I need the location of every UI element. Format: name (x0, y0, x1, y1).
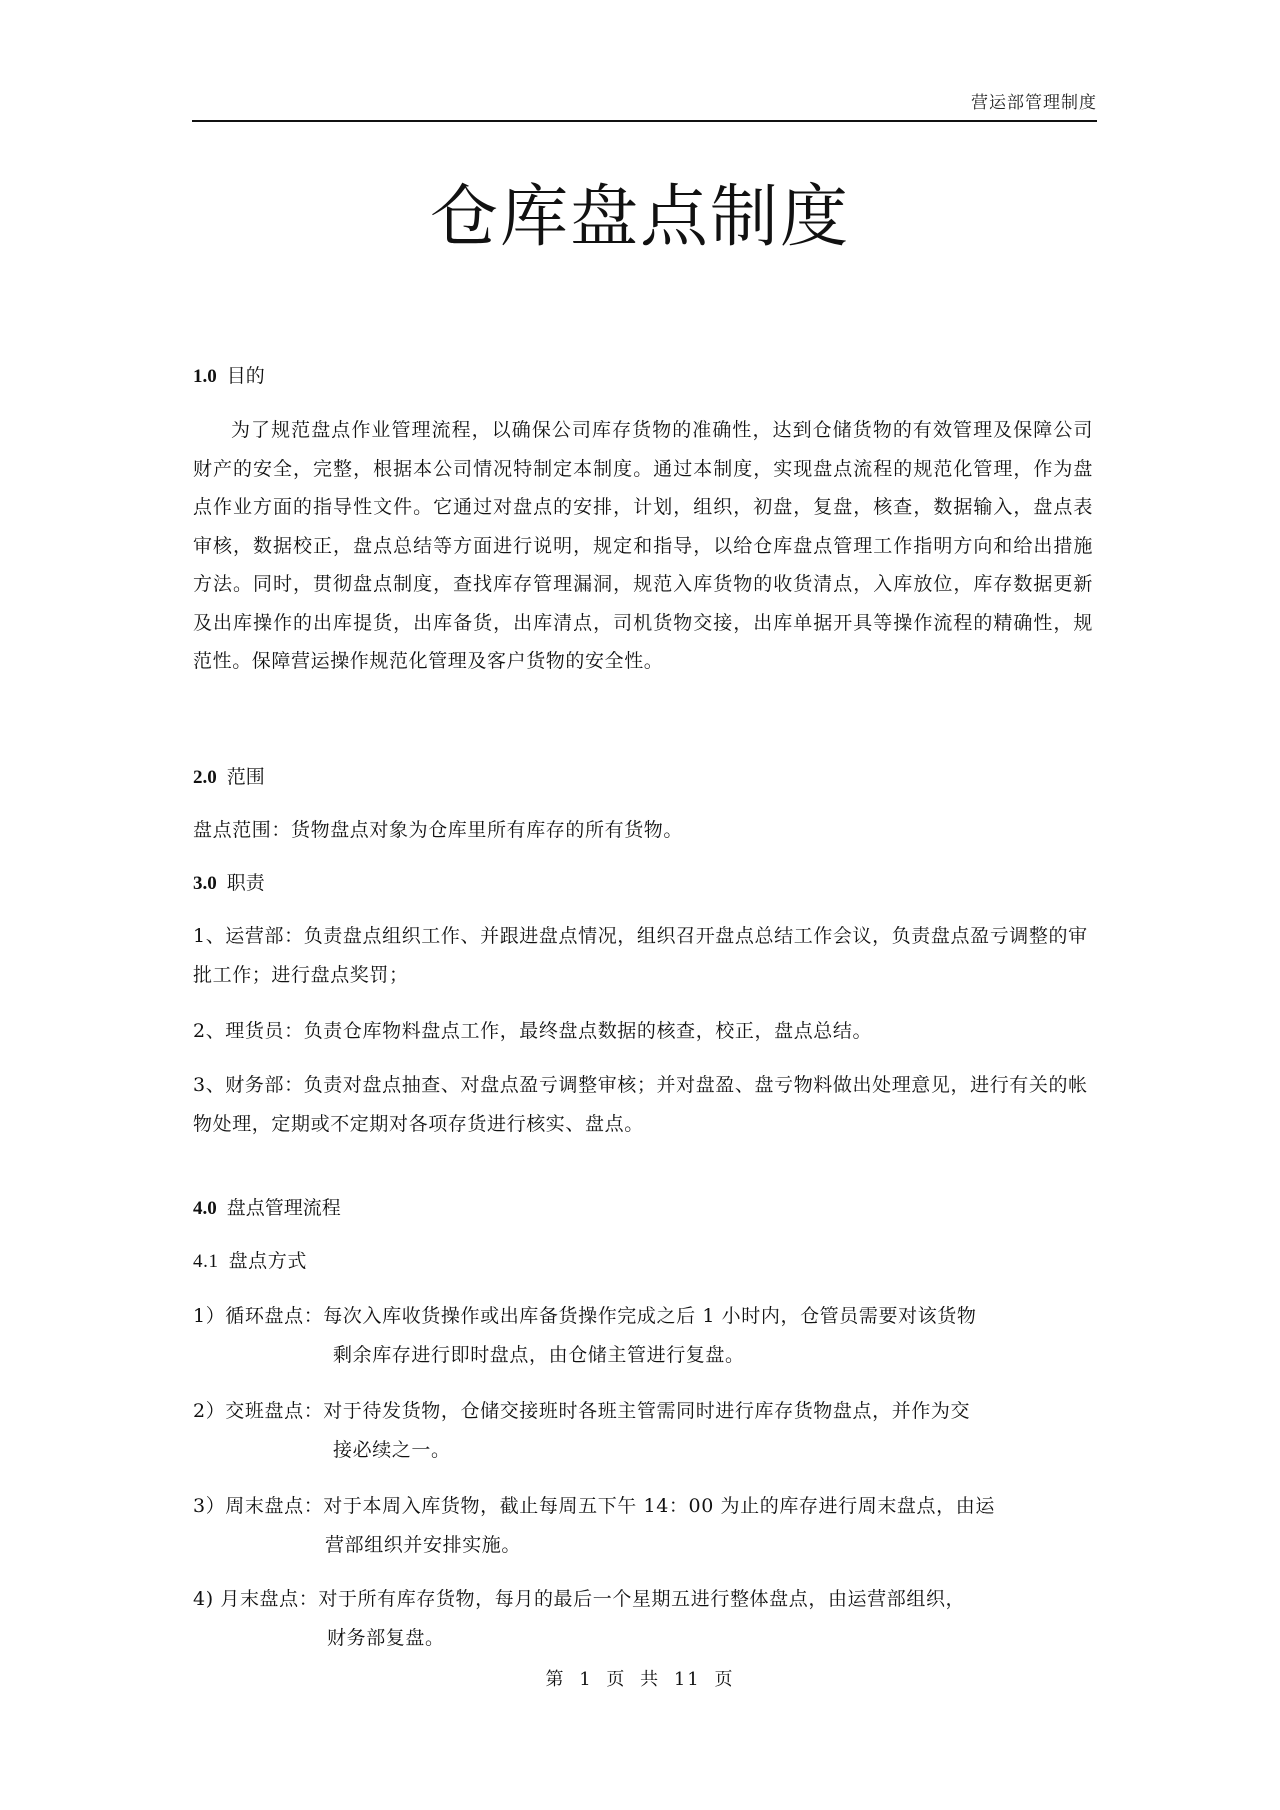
method-label: 1）循环盘点： (193, 1305, 323, 1327)
subsection-heading-methods: 4.1盘点方式 (193, 1242, 1093, 1282)
method-text-continued: 剩余库存进行即时盘点，由仓储主管进行复盘。 (193, 1336, 1093, 1375)
method-label: 3）周末盘点： (193, 1495, 323, 1517)
section-heading-responsibilities: 3.0职责 (193, 864, 1093, 904)
header-divider (192, 120, 1097, 122)
section-number: 2.0 (193, 767, 217, 788)
method-text-continued: 营部组织并安排实施。 (193, 1526, 1093, 1565)
method-text: 对于本周入库货物，截止每周五下午 14：00 为止的库存进行周末盘点，由运 (323, 1495, 995, 1517)
responsibility-item: 1、运营部：负责盘点组织工作、并跟进盘点情况，组织召开盘点总结工作会议，负责盘点… (193, 917, 1093, 994)
method-text-continued: 财务部复盘。 (193, 1619, 1093, 1658)
method-item-shift: 2）交班盘点：对于待发货物，仓储交接班时各班主管需同时进行库存货物盘点，并作为交… (193, 1392, 1093, 1469)
method-text-continued: 接必续之一。 (193, 1431, 1093, 1470)
section-heading-purpose: 1.0目的 (193, 357, 1093, 397)
section-title: 范围 (227, 766, 265, 788)
section-number: 4.0 (193, 1198, 217, 1219)
section-number: 3.0 (193, 873, 217, 894)
section-title: 目的 (227, 365, 265, 387)
purpose-paragraph: 为了规范盘点作业管理流程，以确保公司库存货物的准确性，达到仓储货物的有效管理及保… (193, 411, 1093, 681)
method-text: 对于待发货物，仓储交接班时各班主管需同时进行库存货物盘点，并作为交 (323, 1400, 970, 1422)
running-header: 营运部管理制度 (192, 88, 1097, 113)
scope-paragraph: 盘点范围：货物盘点对象为仓库里所有库存的所有货物。 (193, 811, 1093, 850)
document-title: 仓库盘点制度 (0, 163, 1280, 260)
subsection-number: 4.1 (193, 1251, 219, 1272)
section-heading-process: 4.0盘点管理流程 (193, 1189, 1093, 1229)
method-label: 2）交班盘点： (193, 1400, 323, 1422)
section-title: 盘点管理流程 (227, 1197, 341, 1219)
method-text: 每次入库收货操作或出库备货操作完成之后 1 小时内，仓管员需要对该货物 (323, 1305, 976, 1327)
section-title: 职责 (227, 872, 265, 894)
method-text: 对于所有库存货物，每月的最后一个星期五进行整体盘点，由运营部组织， (318, 1588, 965, 1610)
method-item-monthend: 4) 月末盘点：对于所有库存货物，每月的最后一个星期五进行整体盘点，由运营部组织… (193, 1580, 1093, 1657)
method-item-weekend: 3）周末盘点：对于本周入库货物，截止每周五下午 14：00 为止的库存进行周末盘… (193, 1487, 1093, 1564)
document-page: 营运部管理制度 仓库盘点制度 1.0目的 为了规范盘点作业管理流程，以确保公司库… (0, 0, 1280, 1810)
responsibility-item: 3、财务部：负责对盘点抽查、对盘点盈亏调整审核；并对盘盈、盘亏物料做出处理意见，… (193, 1066, 1093, 1143)
subsection-title: 盘点方式 (229, 1250, 307, 1272)
page-number-footer: 第 1 页 共 11 页 (0, 1665, 1280, 1691)
method-item-cycle: 1）循环盘点：每次入库收货操作或出库备货操作完成之后 1 小时内，仓管员需要对该… (193, 1297, 1093, 1374)
section-number: 1.0 (193, 366, 217, 387)
section-heading-scope: 2.0范围 (193, 758, 1093, 798)
responsibility-item: 2、理货员：负责仓库物料盘点工作，最终盘点数据的核查，校正，盘点总结。 (193, 1012, 1093, 1051)
method-label: 4) 月末盘点： (193, 1588, 318, 1610)
